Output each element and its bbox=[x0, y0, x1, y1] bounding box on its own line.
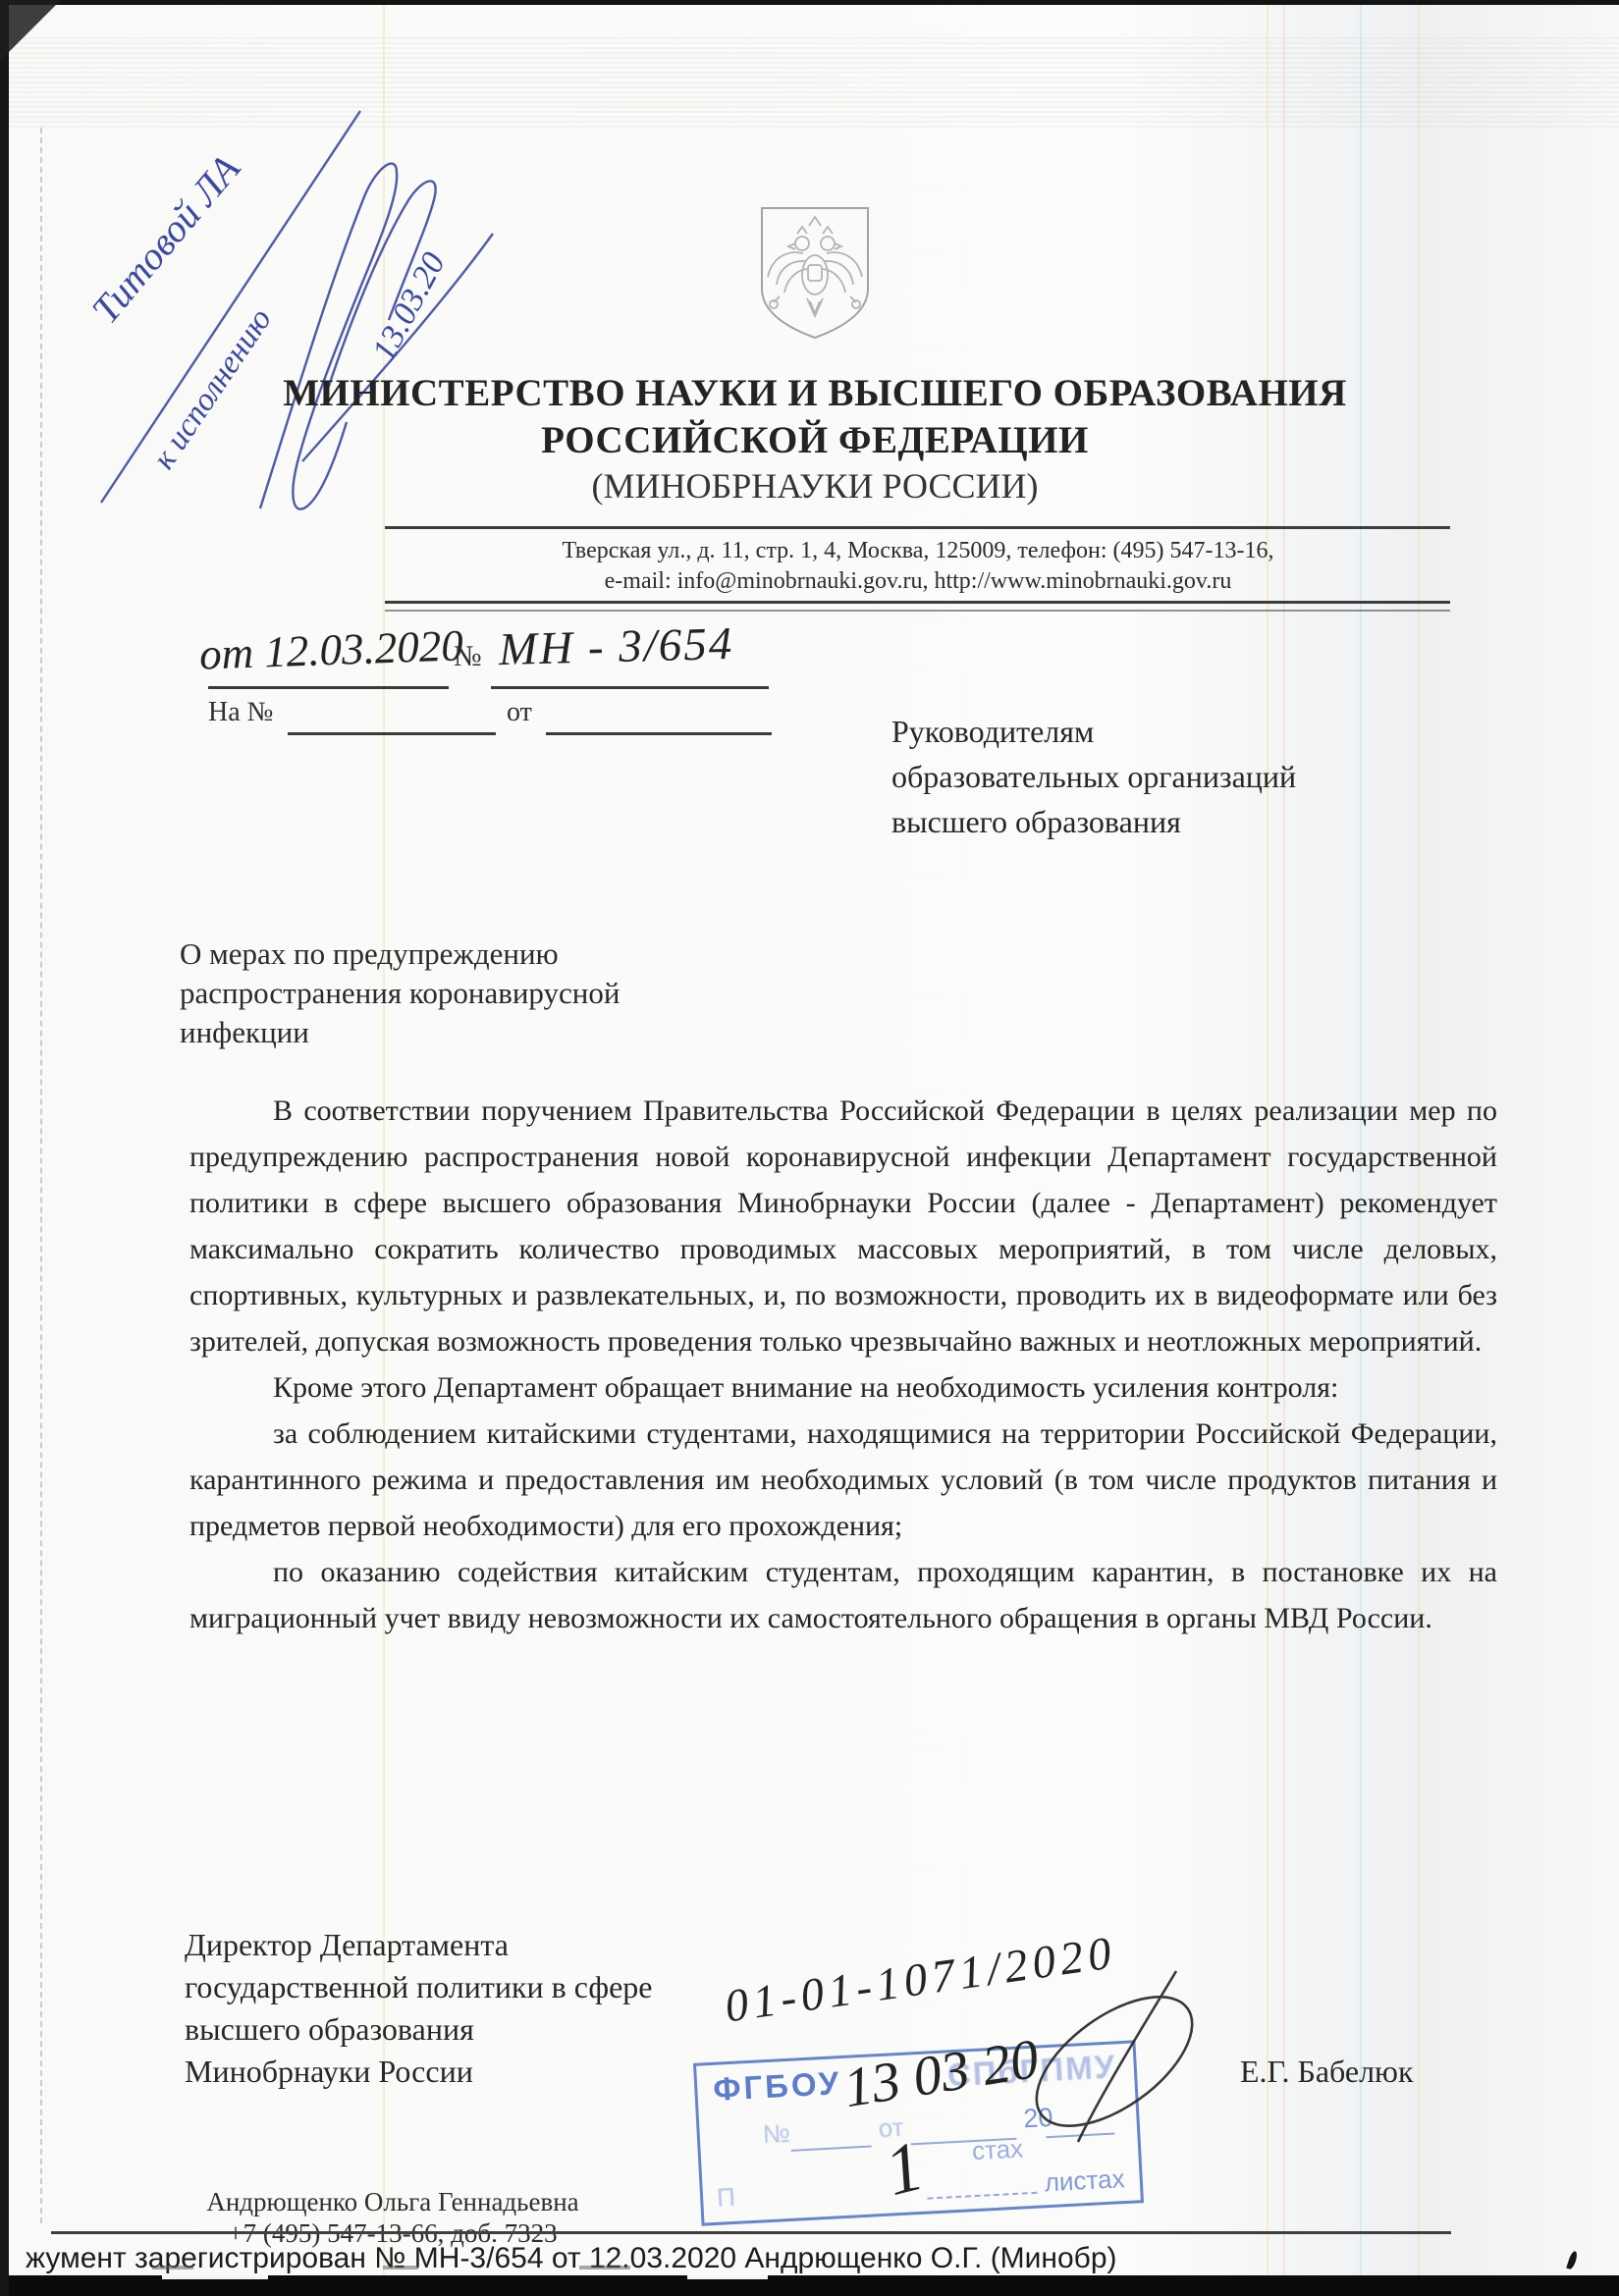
incoming-number-underline bbox=[288, 732, 496, 735]
ministry-name-line2: РОССИЙСКОЙ ФЕДЕРАЦИИ bbox=[245, 418, 1384, 462]
stamp-org-abbr: ФГБОУ bbox=[712, 2064, 842, 2109]
outgoing-date-handwritten: от 12.03.2020 bbox=[198, 619, 463, 679]
incoming-label: На № bbox=[208, 697, 273, 728]
outgoing-number-underline bbox=[491, 686, 769, 689]
signature-line4: Минобрнауки России bbox=[185, 2051, 652, 2093]
outgoing-date-underline bbox=[208, 686, 449, 689]
signature-position-block: Директор Департамента государственной по… bbox=[185, 1924, 652, 2093]
stamp-blank-line bbox=[791, 2146, 872, 2152]
incoming-date-underline bbox=[546, 732, 772, 735]
incoming-from-label: от bbox=[507, 697, 532, 728]
scan-edge-left bbox=[0, 0, 9, 2296]
outgoing-number-handwritten: МН - 3/654 bbox=[498, 617, 734, 676]
signer-name: Е.Г. Бабелюк bbox=[1240, 2054, 1414, 2090]
stamp-sheets-label2: листах bbox=[1044, 2163, 1125, 2198]
stamp-partial-letter: П bbox=[716, 2182, 735, 2214]
registration-status-text: жумент зарегистрирован № МН-3/654 от 12.… bbox=[26, 2242, 1117, 2275]
russia-coat-of-arms-icon bbox=[750, 202, 880, 342]
stamp-number-label: № bbox=[762, 2118, 790, 2150]
perforation-marks bbox=[40, 128, 42, 2223]
letterhead-rule-top bbox=[385, 526, 1450, 529]
registration-signature-flourish bbox=[1011, 1953, 1227, 2164]
ink-speck bbox=[1566, 2250, 1579, 2269]
ministry-name-line1: МИНИСТЕРСТВО НАУКИ И ВЫСШЕГО ОБРАЗОВАНИЯ bbox=[245, 371, 1384, 415]
subject-line2: распространения коронавирусной bbox=[180, 974, 620, 1013]
letterhead-rule-bottom-thin bbox=[385, 610, 1450, 612]
ministry-short-name: (МИНОБРНАУКИ РОССИИ) bbox=[245, 465, 1384, 507]
bottom-bar-notch bbox=[687, 2275, 768, 2279]
recipient-line3: высшего образования bbox=[891, 799, 1296, 844]
scanned-letter-page: Титовой ЛА к исполнению 13.03.20 МИНИСТЕ… bbox=[0, 0, 1619, 2296]
body-paragraph-4: по оказанию содействия китайским студент… bbox=[189, 1549, 1497, 1641]
clipped-text-fragment bbox=[152, 2266, 193, 2269]
body-paragraph-3: за соблюдением китайскими студентами, на… bbox=[189, 1411, 1497, 1549]
scan-corner-fold bbox=[0, 0, 61, 61]
recipient-block: Руководителям образовательных организаци… bbox=[891, 709, 1296, 844]
signature-line1: Директор Департамента bbox=[185, 1924, 652, 1966]
directive-addressee: Титовой ЛА bbox=[82, 146, 248, 332]
signature-line2: государственной политики в сфере bbox=[185, 1966, 652, 2008]
number-sign: № bbox=[454, 640, 482, 673]
executor-name: Андрющенко Ольга Геннадьевна bbox=[177, 2187, 609, 2217]
handwritten-directive: Титовой ЛА к исполнению 13.03.20 bbox=[69, 69, 619, 599]
stamp-blank-dotted bbox=[927, 2192, 1037, 2200]
letterhead-address-line2: e-mail: info@minobrnauki.gov.ru, http://… bbox=[393, 566, 1443, 596]
scan-edge-top bbox=[0, 0, 1619, 5]
letterhead-address-line1: Тверская ул., д. 11, стр. 1, 4, Москва, … bbox=[393, 536, 1443, 565]
subject-line3: инфекции bbox=[180, 1013, 620, 1052]
clipped-text-fragment bbox=[383, 2266, 418, 2269]
signature-line3: высшего образования bbox=[185, 2008, 652, 2051]
subject-line1: О мерах по предупреждению bbox=[180, 934, 620, 974]
recipient-line1: Руководителям bbox=[891, 709, 1296, 754]
bottom-bar-notch bbox=[162, 2275, 268, 2279]
body-paragraph-1: В соответствии поручением Правительства … bbox=[189, 1088, 1497, 1364]
recipient-line2: образовательных организаций bbox=[891, 754, 1296, 799]
letter-body: В соответствии поручением Правительства … bbox=[189, 1088, 1497, 1641]
letterhead-rule-bottom bbox=[385, 601, 1450, 604]
clipped-text-fragment bbox=[579, 2266, 630, 2269]
body-paragraph-2: Кроме этого Департамент обращает внимани… bbox=[189, 1364, 1497, 1411]
subject-block: О мерах по предупреждению распространени… bbox=[180, 934, 620, 1052]
footer-separator-line bbox=[51, 2231, 1451, 2234]
